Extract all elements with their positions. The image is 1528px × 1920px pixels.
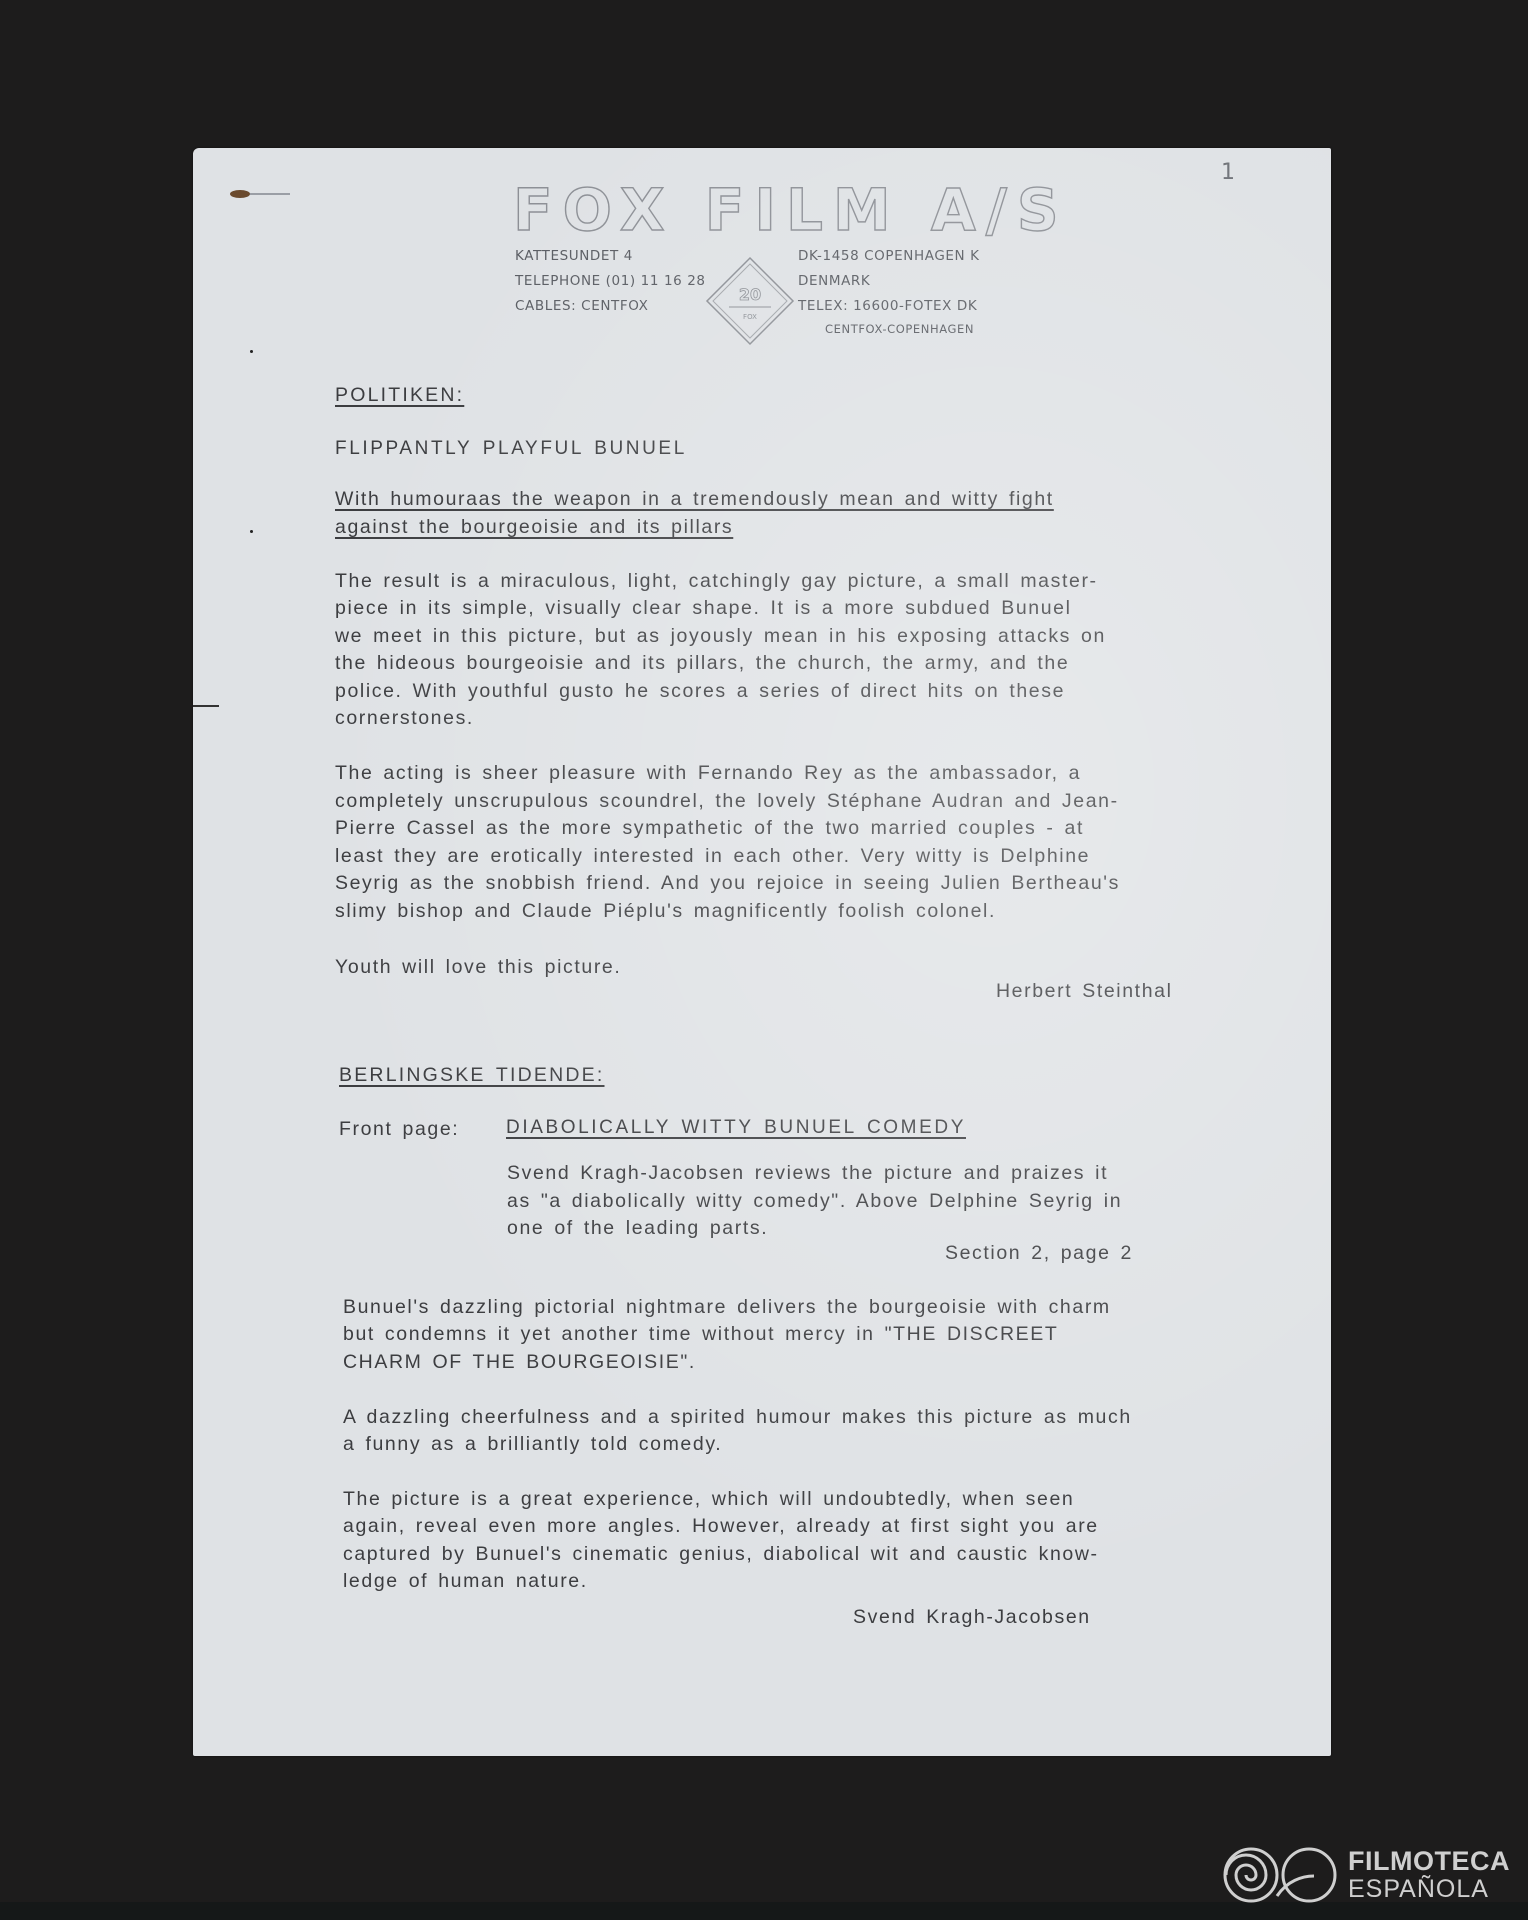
- margin-fold-mark: [193, 705, 219, 707]
- text-line: completely unscrupulous scoundrel, the l…: [335, 788, 1119, 816]
- address-country: DENMARK: [798, 273, 870, 289]
- text-line: as "a diabolically witty comedy". Above …: [507, 1188, 1122, 1216]
- address-telephone: TELEPHONE (01) 11 16 28: [515, 273, 706, 289]
- svg-text:FOX: FOX: [743, 313, 757, 321]
- section-reference: Section 2, page 2: [945, 1240, 1133, 1268]
- source-politiken: POLITIKEN:: [335, 382, 464, 410]
- letterhead: FOX FILM A/S KATTESUNDET 4 TELEPHONE (01…: [193, 148, 1331, 348]
- bottom-strip: [0, 1902, 1528, 1920]
- text-line: we meet in this picture, but as joyously…: [335, 623, 1106, 651]
- text-line: but condemns it yet another time without…: [343, 1321, 1058, 1349]
- text-line: captured by Bunuel's cinematic genius, d…: [343, 1541, 1099, 1569]
- text-line: least they are erotically interested in …: [335, 843, 1090, 871]
- text-line: The picture is a great experience, which…: [343, 1486, 1074, 1514]
- politiken-author: Herbert Steinthal: [996, 978, 1173, 1006]
- text-line: Seyrig as the snobbish friend. And you r…: [335, 870, 1120, 898]
- text-line: piece in its simple, visually clear shap…: [335, 595, 1072, 623]
- filmoteca-spiral-logo-icon: [1222, 1846, 1338, 1904]
- source-berlingske-tidende: BERLINGSKE TIDENDE:: [339, 1062, 605, 1090]
- 20th-century-fox-diamond-icon: 20 FOX: [705, 256, 795, 346]
- text-line: Svend Kragh-Jacobsen reviews the picture…: [507, 1160, 1108, 1188]
- berlingske-author: Svend Kragh-Jacobsen: [853, 1604, 1091, 1632]
- politiken-headline: FLIPPANTLY PLAYFUL BUNUEL: [335, 435, 687, 463]
- text-line: police. With youthful gusto he scores a …: [335, 678, 1065, 706]
- politiken-closing-line: Youth will love this picture.: [335, 954, 621, 982]
- text-line: CHARM OF THE BOURGEOISIE".: [343, 1349, 696, 1377]
- text-line: one of the leading parts.: [507, 1215, 768, 1243]
- address-city: DK-1458 COPENHAGEN K: [798, 248, 980, 264]
- address-street: KATTESUNDET 4: [515, 248, 633, 264]
- text-line: slimy bishop and Claude Piéplu's magnifi…: [335, 898, 996, 926]
- front-page-headline: DIABOLICALLY WITTY BUNUEL COMEDY: [506, 1114, 966, 1142]
- text-line: Bunuel's dazzling pictorial nightmare de…: [343, 1294, 1111, 1322]
- text-line: again, reveal even more angles. However,…: [343, 1513, 1099, 1541]
- address-cables: CABLES: CENTFOX: [515, 298, 648, 314]
- document-page: 1 FOX FILM A/S KATTESUNDET 4 TELEPHONE (…: [193, 148, 1331, 1756]
- politiken-subhead-line: against the bourgeoisie and its pillars: [335, 514, 733, 542]
- filmoteca-subtitle: ESPAÑOLA: [1348, 1877, 1510, 1902]
- text-line: the hideous bourgeoisie and its pillars,…: [335, 650, 1069, 678]
- front-page-label: Front page:: [339, 1116, 459, 1144]
- text-line: The acting is sheer pleasure with Fernan…: [335, 760, 1081, 788]
- margin-dot: [250, 350, 253, 353]
- politiken-subhead-line: With humouraas the weapon in a tremendou…: [335, 486, 1054, 514]
- text-line: cornerstones.: [335, 705, 474, 733]
- text-line: A dazzling cheerfulness and a spirited h…: [343, 1404, 1132, 1432]
- address-telegraphic: CENTFOX-COPENHAGEN: [825, 322, 974, 336]
- filmoteca-title: FILMOTECA: [1348, 1848, 1510, 1875]
- margin-dot: [250, 530, 253, 533]
- text-line: a funny as a brilliantly told comedy.: [343, 1431, 722, 1459]
- text-line: The result is a miraculous, light, catch…: [335, 568, 1098, 596]
- text-line: Pierre Cassel as the more sympathetic of…: [335, 815, 1084, 843]
- address-telex: TELEX: 16600-FOTEX DK: [798, 298, 977, 314]
- svg-text:20: 20: [739, 285, 761, 304]
- filmoteca-watermark: FILMOTECA ESPAÑOLA: [1222, 1846, 1510, 1904]
- company-name: FOX FILM A/S: [513, 176, 1069, 244]
- text-line: ledge of human nature.: [343, 1568, 588, 1596]
